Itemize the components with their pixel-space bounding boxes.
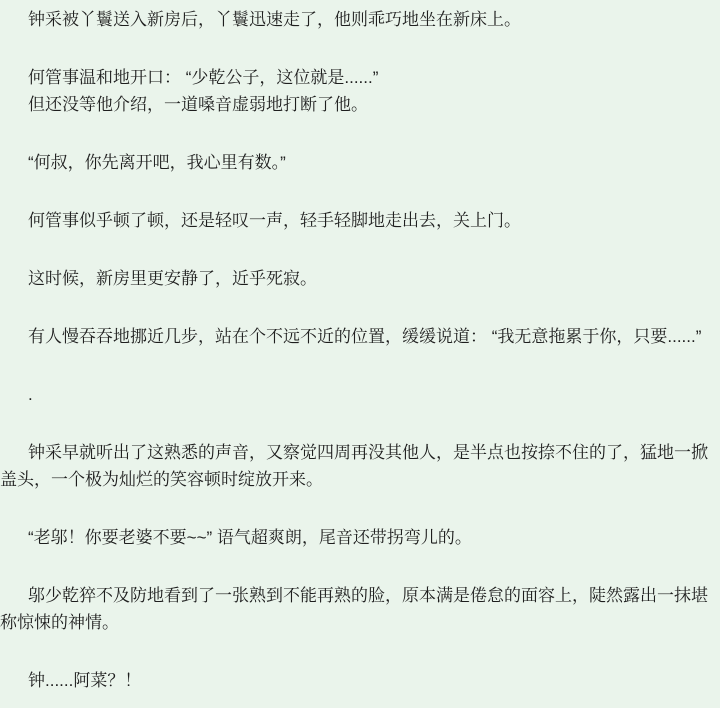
- paragraph: 钟采被丫鬟送入新房后，丫鬟迅速走了，他则乖巧地坐在新床上。: [0, 6, 719, 33]
- paragraph: 这时候，新房里更安静了，近乎死寂。: [0, 265, 719, 292]
- paragraph: “何叔，你先离开吧，我心里有数。”: [0, 149, 719, 176]
- paragraph: 但还没等他介绍，一道嗓音虚弱地打断了他。: [0, 91, 719, 118]
- paragraph: 有人慢吞吞地挪近几步，站在个不远不近的位置，缓缓说道： “我无意拖累于你，只要.…: [0, 323, 719, 350]
- paragraph: 何管事温和地开口： “少乾公子，这位就是......”: [0, 64, 719, 91]
- paragraph: “老邬！你要老婆不要~~” 语气超爽朗，尾音还带拐弯儿的。: [0, 524, 719, 551]
- paragraph: 何管事似乎顿了顿，还是轻叹一声，轻手轻脚地走出去，关上门。: [0, 207, 719, 234]
- paragraph: .: [0, 381, 719, 408]
- paragraph: 邬少乾猝不及防地看到了一张熟到不能再熟的脸，原本满是倦怠的面容上，陡然露出一抹堪…: [0, 582, 719, 636]
- paragraph: 钟采早就听出了这熟悉的声音，又察觉四周再没其他人，是半点也按捺不住的了，猛地一掀…: [0, 439, 719, 493]
- reading-page: 钟采被丫鬟送入新房后，丫鬟迅速走了，他则乖巧地坐在新床上。 何管事温和地开口： …: [0, 0, 720, 708]
- paragraph: 钟......阿菜？！: [0, 667, 719, 694]
